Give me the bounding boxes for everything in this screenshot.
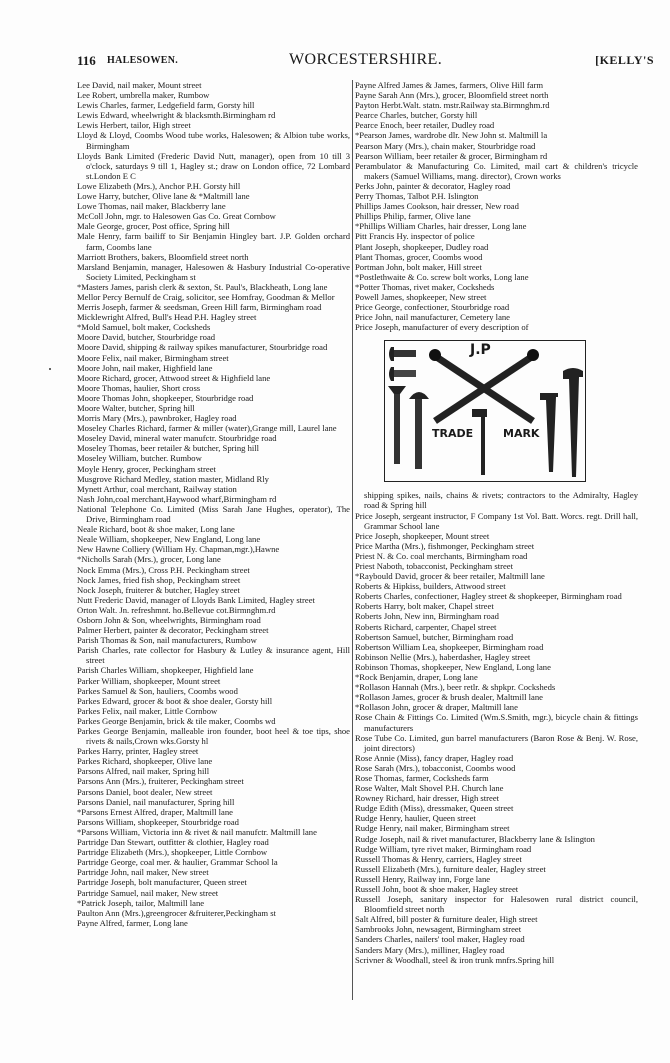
town-heading: HALESOWEN. bbox=[107, 55, 178, 66]
directory-entry: Nash John,coal merchant,Haywood wharf,Bi… bbox=[77, 494, 350, 504]
directory-entry: Priest Naboth, tobacconist, Peckingham s… bbox=[355, 561, 638, 571]
directory-entry: Lloyds Bank Limited (Frederic David Nutt… bbox=[77, 151, 350, 181]
directory-entry: Portman John, bolt maker, Hill street bbox=[355, 262, 638, 272]
directory-entry: Pitt Francis Hy. inspector of police bbox=[355, 231, 638, 241]
directory-entry: Rose Annie (Miss), fancy draper, Hagley … bbox=[355, 753, 638, 763]
directory-entry: *Rock Benjamin, draper, Long lane bbox=[355, 672, 638, 682]
directory-entry: Parsons William, shopkeeper, Stourbridge… bbox=[77, 817, 350, 827]
trademark-initials: J.P bbox=[470, 345, 491, 355]
directory-entry: Parish Thomas & Son, nail manufacturers,… bbox=[77, 635, 350, 645]
directory-entry: Robertson William Lea, shopkeeper, Birmi… bbox=[355, 642, 638, 652]
right-column-bottom-entries: shipping spikes, nails, chains & rivets;… bbox=[355, 490, 638, 964]
directory-entry: Parkes Edward, grocer & boot & shoe deal… bbox=[77, 696, 350, 706]
directory-entry: *Parsons Ernest Alfred, draper, Maltmill… bbox=[77, 807, 350, 817]
directory-entry: Nock James, fried fish shop, Peckingham … bbox=[77, 575, 350, 585]
directory-entry: Rose Walter, Malt Shovel P.H. Church lan… bbox=[355, 783, 638, 793]
directory-entry: Lloyd & Lloyd, Coombs Wood tube works, H… bbox=[77, 130, 350, 150]
directory-entry: Pearson Mary (Mrs.), chain maker, Stourb… bbox=[355, 141, 638, 151]
directory-entry: New Hawne Colliery (William Hy. Chapman,… bbox=[77, 544, 350, 554]
directory-entry: Pearson William, beer retailer & grocer,… bbox=[355, 151, 638, 161]
directory-entry: Lowe Thomas, nail maker, Blackberry lane bbox=[77, 201, 350, 211]
page-header: 116 HALESOWEN. WORCESTERSHIRE. [KELLY'S bbox=[77, 50, 662, 72]
directory-entry: Sambrooks John, newsagent, Birmingham st… bbox=[355, 924, 638, 934]
directory-entry: *Raybould David, grocer & beer retailer,… bbox=[355, 571, 638, 581]
directory-entry: Phillips James Cookson, hair dresser, Ne… bbox=[355, 201, 638, 211]
directory-entry: Parsons Daniel, boot dealer, New street bbox=[77, 787, 350, 797]
directory-entry: Rose Sarah (Mrs.), tobacconist, Coombs w… bbox=[355, 763, 638, 773]
directory-entry: Parker William, shopkeeper, Mount street bbox=[77, 676, 350, 686]
directory-entry: Musgrove Richard Medley, station master,… bbox=[77, 474, 350, 484]
directory-entry: Rudge William, tyre rivet maker, Birming… bbox=[355, 844, 638, 854]
directory-entry: Sanders Charles, nailers' tool maker, Ha… bbox=[355, 934, 638, 944]
directory-entry: Roberts John, New inn, Birmingham road bbox=[355, 611, 638, 621]
directory-entry: Price John, nail manufacturer, Cemetery … bbox=[355, 312, 638, 322]
directory-entry: Sanders Mary (Mrs.), milliner, Hagley ro… bbox=[355, 945, 638, 955]
directory-entry: Parish Charles William, shopkeeper, High… bbox=[77, 665, 350, 675]
directory-entry: Merris Joseph, farmer & seedsman, Green … bbox=[77, 302, 350, 312]
directory-entry: Rose Chain & Fittings Co. Limited (Wm.S.… bbox=[355, 712, 638, 732]
directory-entry: Lewis Charles, farmer, Ledgefield farm, … bbox=[77, 100, 350, 110]
directory-entry: *Rollason John, grocer & draper, Maltmil… bbox=[355, 702, 638, 712]
directory-entry: Rudge Edith (Miss), dressmaker, Queen st… bbox=[355, 803, 638, 813]
directory-entry: Price Martha (Mrs.), fishmonger, Pecking… bbox=[355, 541, 638, 551]
directory-entry: Micklewright Alfred, Bull's Head P.H. Ha… bbox=[77, 312, 350, 322]
directory-entry: Pearce Charles, butcher, Gorsty hill bbox=[355, 110, 638, 120]
directory-entry: Morris Mary (Mrs.), pawnbroker, Hagley r… bbox=[77, 413, 350, 423]
directory-entry: Nutt Frederic David, manager of Lloyds B… bbox=[77, 595, 350, 605]
right-column-top-entries: Payne Alfred James & James, farmers, Oli… bbox=[355, 80, 638, 332]
directory-entry: Robinson Nellie (Mrs.), haberdasher, Hag… bbox=[355, 652, 638, 662]
directory-entry: Moore David, butcher, Stourbridge road bbox=[77, 332, 350, 342]
directory-entry: Roberts Richard, carpenter, Chapel stree… bbox=[355, 622, 638, 632]
directory-entry: Priest N. & Co. coal merchants, Birmingh… bbox=[355, 551, 638, 561]
directory-entry: Russell Thomas & Henry, carriers, Hagley… bbox=[355, 854, 638, 864]
directory-entry: Russell Henry, Railway inn, Forge lane bbox=[355, 874, 638, 884]
directory-entry: Marriott Brothers, bakers, Bloomfield st… bbox=[77, 252, 350, 262]
directory-entry: *Pearson James, wardrobe dlr. New John s… bbox=[355, 130, 638, 140]
directory-entry: Partridge Elizabeth (Mrs.), shopkeeper, … bbox=[77, 847, 350, 857]
directory-entry: *Potter Thomas, rivet maker, Cocksheds bbox=[355, 282, 638, 292]
directory-entry: Lee David, nail maker, Mount street bbox=[77, 80, 350, 90]
directory-entry: Scrivner & Woodhall, steel & iron trunk … bbox=[355, 955, 638, 965]
directory-entry: *Phillips William Charles, hair dresser,… bbox=[355, 221, 638, 231]
directory-entry: Robertson Samuel, butcher, Birmingham ro… bbox=[355, 632, 638, 642]
directory-entry: Payne Alfred James & James, farmers, Oli… bbox=[355, 80, 638, 90]
directory-entry: Russell John, boot & shoe maker, Hagley … bbox=[355, 884, 638, 894]
directory-entry: Payton Herbt.Walt. statn. mstr.Railway s… bbox=[355, 100, 638, 110]
directory-entry: Lewis Edward, wheelwright & blacksmth.Bi… bbox=[77, 110, 350, 120]
margin-speck bbox=[49, 368, 51, 370]
directory-entry: Paulton Ann (Mrs.),greengrocer &fruitere… bbox=[77, 908, 350, 918]
directory-entry: *Rollason James, grocer & brush dealer, … bbox=[355, 692, 638, 702]
directory-entry: McColl John, mgr. to Halesowen Gas Co. G… bbox=[77, 211, 350, 221]
nails-and-rivets-icon bbox=[385, 341, 585, 481]
directory-entry: Rudge Joseph, nail & rivet manufacturer,… bbox=[355, 834, 638, 844]
directory-entry: Moore Thomas, haulier, Short cross bbox=[77, 383, 350, 393]
directory-entry: *Postlethwaite & Co. screw bolt works, L… bbox=[355, 272, 638, 282]
directory-entry: Payne Alfred, farmer, Long lane bbox=[77, 918, 350, 928]
directory-entry: *Patrick Joseph, tailor, Maltmill lane bbox=[77, 898, 350, 908]
directory-entry: Rose Thomas, farmer, Cocksheds farm bbox=[355, 773, 638, 783]
directory-entry: Parkes George Benjamin, malleable iron f… bbox=[77, 726, 350, 746]
directory-entry: Parkes George Benjamin, brick & tile mak… bbox=[77, 716, 350, 726]
directory-entry: Parsons Alfred, nail maker, Spring hill bbox=[77, 766, 350, 776]
directory-entry: Nock Emma (Mrs.), Cross P.H. Peckingham … bbox=[77, 565, 350, 575]
directory-entry: Rose Tube Co. Limited, gun barrel manufa… bbox=[355, 733, 638, 753]
directory-entry: Roberts Harry, bolt maker, Chapel street bbox=[355, 601, 638, 611]
trademark-illustration: J.P TRADE MARK bbox=[384, 340, 586, 482]
directory-entry: Moore Richard, grocer, Attwood street & … bbox=[77, 373, 350, 383]
directory-entry: shipping spikes, nails, chains & rivets;… bbox=[355, 490, 638, 510]
directory-entry: Perambulator & Manufacturing Co. Limited… bbox=[355, 161, 638, 181]
left-column: Lee David, nail maker, Mount streetLee R… bbox=[77, 80, 350, 928]
directory-entry: Partridge Dan Stewart, outfitter & cloth… bbox=[77, 837, 350, 847]
directory-entry: Price Joseph, manufacturer of every desc… bbox=[355, 322, 638, 332]
publisher-mark: [KELLY'S bbox=[595, 53, 654, 68]
directory-entry: Salt Alfred, bill poster & furniture dea… bbox=[355, 914, 638, 924]
directory-entry: Parkes Richard, shopkeeper, Olive lane bbox=[77, 756, 350, 766]
directory-entry: Parkes Harry, printer, Hagley street bbox=[77, 746, 350, 756]
directory-entry: Orton Walt. Jn. refreshmnt. ho.Bellevue … bbox=[77, 605, 350, 615]
right-column: Payne Alfred James & James, farmers, Oli… bbox=[355, 80, 638, 965]
directory-entry: Marsland Benjamin, manager, Halesowen & … bbox=[77, 262, 350, 282]
directory-entry: Moore Felix, nail maker, Birmingham stre… bbox=[77, 353, 350, 363]
directory-entry: Roberts Charles, confectioner, Hagley st… bbox=[355, 591, 638, 601]
directory-entry: Rudge Henry, nail maker, Birmingham stre… bbox=[355, 823, 638, 833]
directory-entry: Partridge Samuel, nail maker, New street bbox=[77, 888, 350, 898]
directory-entry: Moseley William, butcher. Rumbow bbox=[77, 453, 350, 463]
trademark-word-trade: TRADE bbox=[432, 429, 473, 439]
page-number: 116 bbox=[77, 53, 96, 69]
directory-entry: Mynett Arthur, coal merchant, Railway st… bbox=[77, 484, 350, 494]
directory-entry: Moseley Thomas, beer retailer & butcher,… bbox=[77, 443, 350, 453]
directory-entry: Moseley David, mineral water manufctr. S… bbox=[77, 433, 350, 443]
directory-entry: Male Henry, farm bailiff to Sir Benjamin… bbox=[77, 231, 350, 251]
directory-entry: *Mold Samuel, bolt maker, Cocksheds bbox=[77, 322, 350, 332]
directory-entry: Plant Joseph, shopkeeper, Dudley road bbox=[355, 242, 638, 252]
directory-entry: Russell Joseph, sanitary inspector for H… bbox=[355, 894, 638, 914]
directory-entry: Perks John, painter & decorator, Hagley … bbox=[355, 181, 638, 191]
directory-entry: *Rollason Hannah (Mrs.), beer retlr. & s… bbox=[355, 682, 638, 692]
directory-entry: *Masters James, parish clerk & sexton, S… bbox=[77, 282, 350, 292]
directory-entry: Rowney Richard, hair dresser, High stree… bbox=[355, 793, 638, 803]
directory-entry: Pearce Enoch, beer retailer, Dudley road bbox=[355, 120, 638, 130]
directory-entry: Russell Elizabeth (Mrs.), furniture deal… bbox=[355, 864, 638, 874]
directory-entry: Roberts & Hipkiss, builders, Attwood str… bbox=[355, 581, 638, 591]
directory-entry: Parkes Samuel & Son, hauliers, Coombs wo… bbox=[77, 686, 350, 696]
directory-entry: *Parsons William, Victoria inn & rivet &… bbox=[77, 827, 350, 837]
directory-entry: National Telephone Co. Limited (Miss Sar… bbox=[77, 504, 350, 524]
trademark-word-mark: MARK bbox=[503, 429, 539, 439]
directory-entry: Lee Robert, umbrella maker, Rumbow bbox=[77, 90, 350, 100]
directory-entry: Partridge John, nail maker, New street bbox=[77, 867, 350, 877]
directory-entry: Parsons Daniel, nail manufacturer, Sprin… bbox=[77, 797, 350, 807]
directory-entry: Moore David, shipping & railway spikes m… bbox=[77, 342, 350, 352]
directory-entry: Plant Thomas, grocer, Coombs wood bbox=[355, 252, 638, 262]
directory-entry: Mellor Percy Bernulf de Craig, solicitor… bbox=[77, 292, 350, 302]
directory-entry: Rudge Henry, haulier, Queen street bbox=[355, 813, 638, 823]
column-divider bbox=[352, 80, 353, 1000]
directory-entry: Lowe Harry, butcher, Olive lane & *Maltm… bbox=[77, 191, 350, 201]
directory-entry: Parkes Felix, nail maker, Little Cornbow bbox=[77, 706, 350, 716]
directory-entry: Lowe Elizabeth (Mrs.), Anchor P.H. Gorst… bbox=[77, 181, 350, 191]
county-title: WORCESTERSHIRE. bbox=[289, 51, 442, 69]
directory-entry: Perry Thomas, Talbot P.H. Islington bbox=[355, 191, 638, 201]
directory-entry: Powell James, shopkeeper, New street bbox=[355, 292, 638, 302]
directory-entry: Neale William, shopkeeper, New England, … bbox=[77, 534, 350, 544]
directory-entry: Male George, grocer, Post office, Spring… bbox=[77, 221, 350, 231]
directory-entry: Parish Charles, rate collector for Hasbu… bbox=[77, 645, 350, 665]
directory-entry: Price Joseph, sergeant instructor, F Com… bbox=[355, 511, 638, 531]
directory-entry: Price George, confectioner, Stourbridge … bbox=[355, 302, 638, 312]
directory-entry: Robinson Thomas, shopkeeper, New England… bbox=[355, 662, 638, 672]
directory-entry: Moore John, nail maker, Highfield lane bbox=[77, 363, 350, 373]
directory-entry: Moore Thomas John, shopkeeper, Stourbrid… bbox=[77, 393, 350, 403]
directory-entry: Price Joseph, shopkeeper, Mount street bbox=[355, 531, 638, 541]
directory-entry: Moyle Henry, grocer, Peckingham street bbox=[77, 464, 350, 474]
directory-entry: Moore Walter, butcher, Spring hill bbox=[77, 403, 350, 413]
directory-entry: Lewis Herbert, tailor, High street bbox=[77, 120, 350, 130]
directory-entry: Partridge George, coal mer. & haulier, G… bbox=[77, 857, 350, 867]
directory-entry: Palmer Herbert, painter & decorator, Pec… bbox=[77, 625, 350, 635]
directory-entry: Phillips Philip, farmer, Olive lane bbox=[355, 211, 638, 221]
directory-entry: Parsons Ann (Mrs.), fruiterer, Peckingha… bbox=[77, 776, 350, 786]
directory-entry: Payne Sarah Ann (Mrs.), grocer, Bloomfie… bbox=[355, 90, 638, 100]
directory-entry: *Nicholls Sarah (Mrs.), grocer, Long lan… bbox=[77, 554, 350, 564]
directory-entry: Osborn John & Son, wheelwrights, Birming… bbox=[77, 615, 350, 625]
directory-entry: Moseley Charles Richard, farmer & miller… bbox=[77, 423, 350, 433]
directory-entry: Nock Joseph, fruiterer & butcher, Hagley… bbox=[77, 585, 350, 595]
directory-entry: Partridge Joseph, bolt manufacturer, Que… bbox=[77, 877, 350, 887]
directory-entry: Neale Richard, boot & shoe maker, Long l… bbox=[77, 524, 350, 534]
